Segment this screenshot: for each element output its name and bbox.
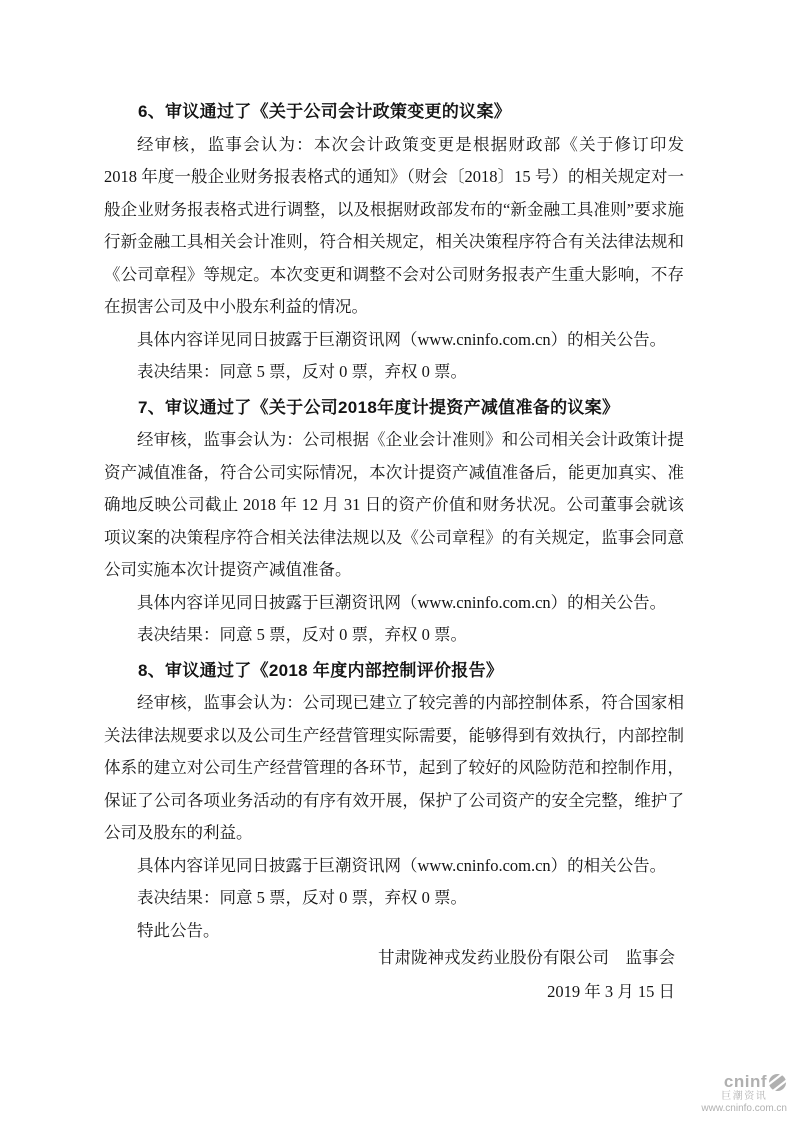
- cninfo-swoosh-icon: [768, 1073, 787, 1092]
- section-7-heading: 7、审议通过了《关于公司2018年度计提资产减值准备的议案》: [104, 392, 684, 425]
- section-7-vote-result-line: 表决结果：同意 5 票，反对 0 票，弃权 0 票。: [104, 619, 684, 652]
- section-7-body-paragraph: 经审核，监事会认为：公司根据《企业会计准则》和公司相关会计政策计提资产减值准备，…: [104, 424, 684, 587]
- cninfo-url-text: www.cninfo.com.cn: [701, 1103, 787, 1115]
- section-item-6: 6、审议通过了《关于公司会计政策变更的议案》 经审核，监事会认为：本次会计政策变…: [104, 96, 684, 389]
- section-6-body-paragraph: 经审核，监事会认为：本次会计政策变更是根据财政部《关于修订印发 2018 年度一…: [104, 129, 684, 324]
- section-item-7: 7、审议通过了《关于公司2018年度计提资产减值准备的议案》 经审核，监事会认为…: [104, 392, 684, 652]
- section-8-vote-result-line: 表决结果：同意 5 票，反对 0 票，弃权 0 票。: [104, 882, 684, 915]
- cninfo-logo-text: cninf: [724, 1072, 767, 1092]
- section-6-vote-result-line: 表决结果：同意 5 票，反对 0 票，弃权 0 票。: [104, 356, 684, 389]
- cninfo-brand-chinese: 巨潮资讯: [701, 1091, 787, 1103]
- section-6-heading: 6、审议通过了《关于公司会计政策变更的议案》: [104, 96, 684, 129]
- signature-date-line: 2019 年 3 月 15 日: [378, 975, 675, 1009]
- section-8-heading: 8、审议通过了《2018 年度内部控制评价报告》: [104, 655, 684, 688]
- section-6-disclosure-line: 具体内容详见同日披露于巨潮资讯网（www.cninfo.com.cn）的相关公告…: [104, 324, 684, 357]
- document-content: 6、审议通过了《关于公司会计政策变更的议案》 经审核，监事会认为：本次会计政策变…: [104, 93, 684, 947]
- section-8-body-paragraph: 经审核，监事会认为：公司现已建立了较完善的内部控制体系，符合国家相关法律法规要求…: [104, 687, 684, 850]
- cninfo-logo-row: cninf: [701, 1072, 787, 1092]
- cninfo-watermark: cninf 巨潮资讯 www.cninfo.com.cn: [701, 1072, 787, 1114]
- signature-company-line: 甘肃陇神戎发药业股份有限公司 监事会: [378, 941, 675, 975]
- section-7-disclosure-line: 具体内容详见同日披露于巨潮资讯网（www.cninfo.com.cn）的相关公告…: [104, 587, 684, 620]
- section-item-8: 8、审议通过了《2018 年度内部控制评价报告》 经审核，监事会认为：公司现已建…: [104, 655, 684, 948]
- section-8-disclosure-line: 具体内容详见同日披露于巨潮资讯网（www.cninfo.com.cn）的相关公告…: [104, 850, 684, 883]
- signature-block: 甘肃陇神戎发药业股份有限公司 监事会 2019 年 3 月 15 日: [378, 941, 675, 1009]
- document-page: 6、审议通过了《关于公司会计政策变更的议案》 经审核，监事会认为：本次会计政策变…: [0, 0, 793, 1122]
